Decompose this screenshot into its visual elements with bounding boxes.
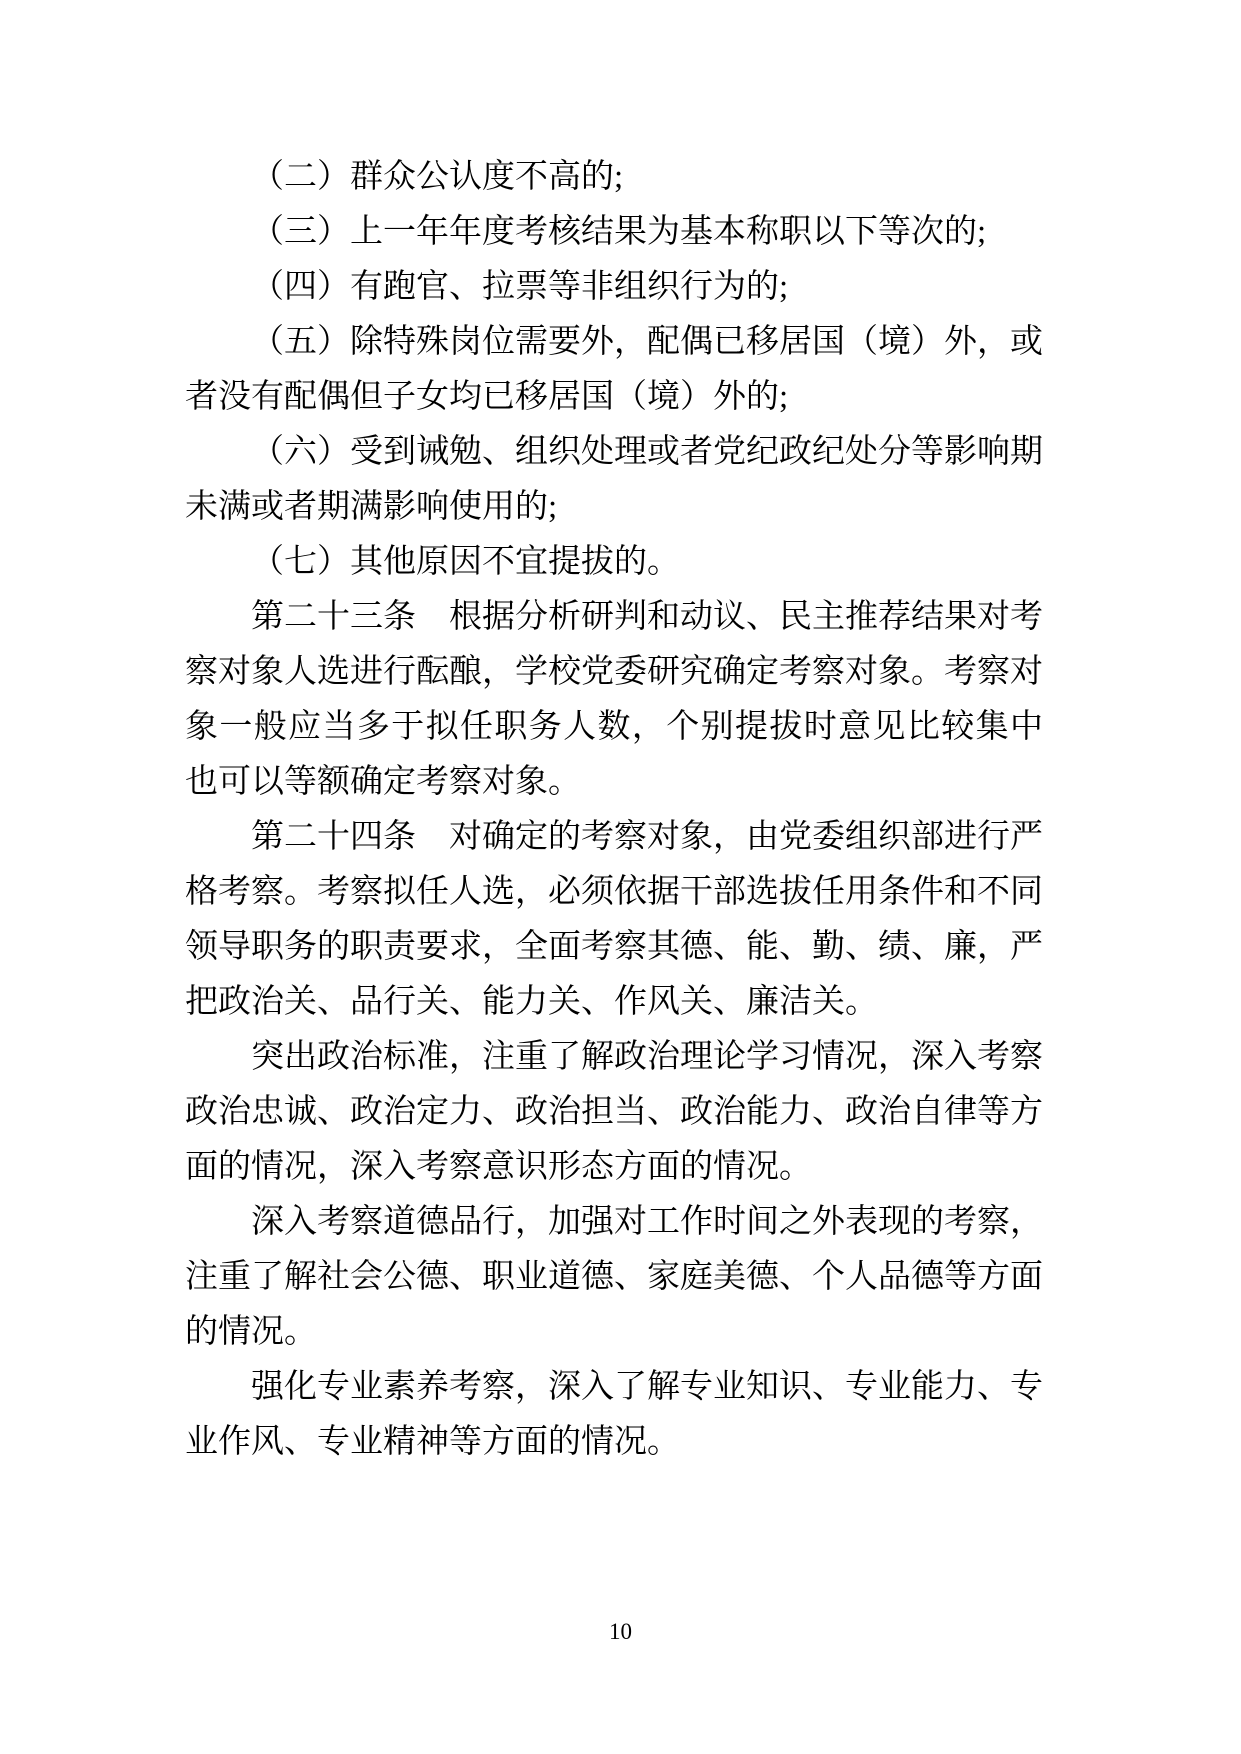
document-body: （二）群众公认度不高的; （三）上一年年度考核结果为基本称职以下等次的; （四）… [185,150,1043,1470]
clause-line: 者没有配偶但子女均已移居国（境）外的; [185,370,1043,425]
document-page: （二）群众公认度不高的; （三）上一年年度考核结果为基本称职以下等次的; （四）… [0,0,1241,1754]
paragraph-line: 政治忠诚、政治定力、政治担当、政治能力、政治自律等方 [185,1085,1043,1140]
article-23-line: 第二十三条 根据分析研判和动议、民主推荐结果对考 [185,590,1043,645]
article-23-line: 也可以等额确定考察对象。 [185,755,1043,810]
paragraph-line: 深入考察道德品行，加强对工作时间之外表现的考察， [185,1195,1043,1250]
article-24-line: 把政治关、品行关、能力关、作风关、廉洁关。 [185,975,1043,1030]
clause-line: （六）受到诫勉、组织处理或者党纪政纪处分等影响期 [185,425,1043,480]
article-23-line: 象一般应当多于拟任职务人数，个别提拔时意见比较集中的， [185,700,1043,755]
page-number: 10 [0,1618,1241,1646]
paragraph-line: 强化专业素养考察，深入了解专业知识、专业能力、专 [185,1360,1043,1415]
article-24-line: 格考察。考察拟任人选，必须依据干部选拔任用条件和不同 [185,865,1043,920]
paragraph-line: 业作风、专业精神等方面的情况。 [185,1415,1043,1470]
clause-line: （四）有跑官、拉票等非组织行为的; [185,260,1043,315]
article-24-line: 领导职务的职责要求，全面考察其德、能、勤、绩、廉，严 [185,920,1043,975]
clause-line: 未满或者期满影响使用的; [185,480,1043,535]
clause-line: （五）除特殊岗位需要外，配偶已移居国（境）外，或 [185,315,1043,370]
article-23-line: 察对象人选进行酝酿，学校党委研究确定考察对象。考察对 [185,645,1043,700]
paragraph-line: 注重了解社会公德、职业道德、家庭美德、个人品德等方面 [185,1250,1043,1305]
article-24-line: 第二十四条 对确定的考察对象，由党委组织部进行严 [185,810,1043,865]
paragraph-line: 面的情况，深入考察意识形态方面的情况。 [185,1140,1043,1195]
paragraph-line: 的情况。 [185,1305,1043,1360]
paragraph-line: 突出政治标准，注重了解政治理论学习情况，深入考察 [185,1030,1043,1085]
clause-line: （二）群众公认度不高的; [185,150,1043,205]
clause-line: （七）其他原因不宜提拔的。 [185,535,1043,590]
clause-line: （三）上一年年度考核结果为基本称职以下等次的; [185,205,1043,260]
